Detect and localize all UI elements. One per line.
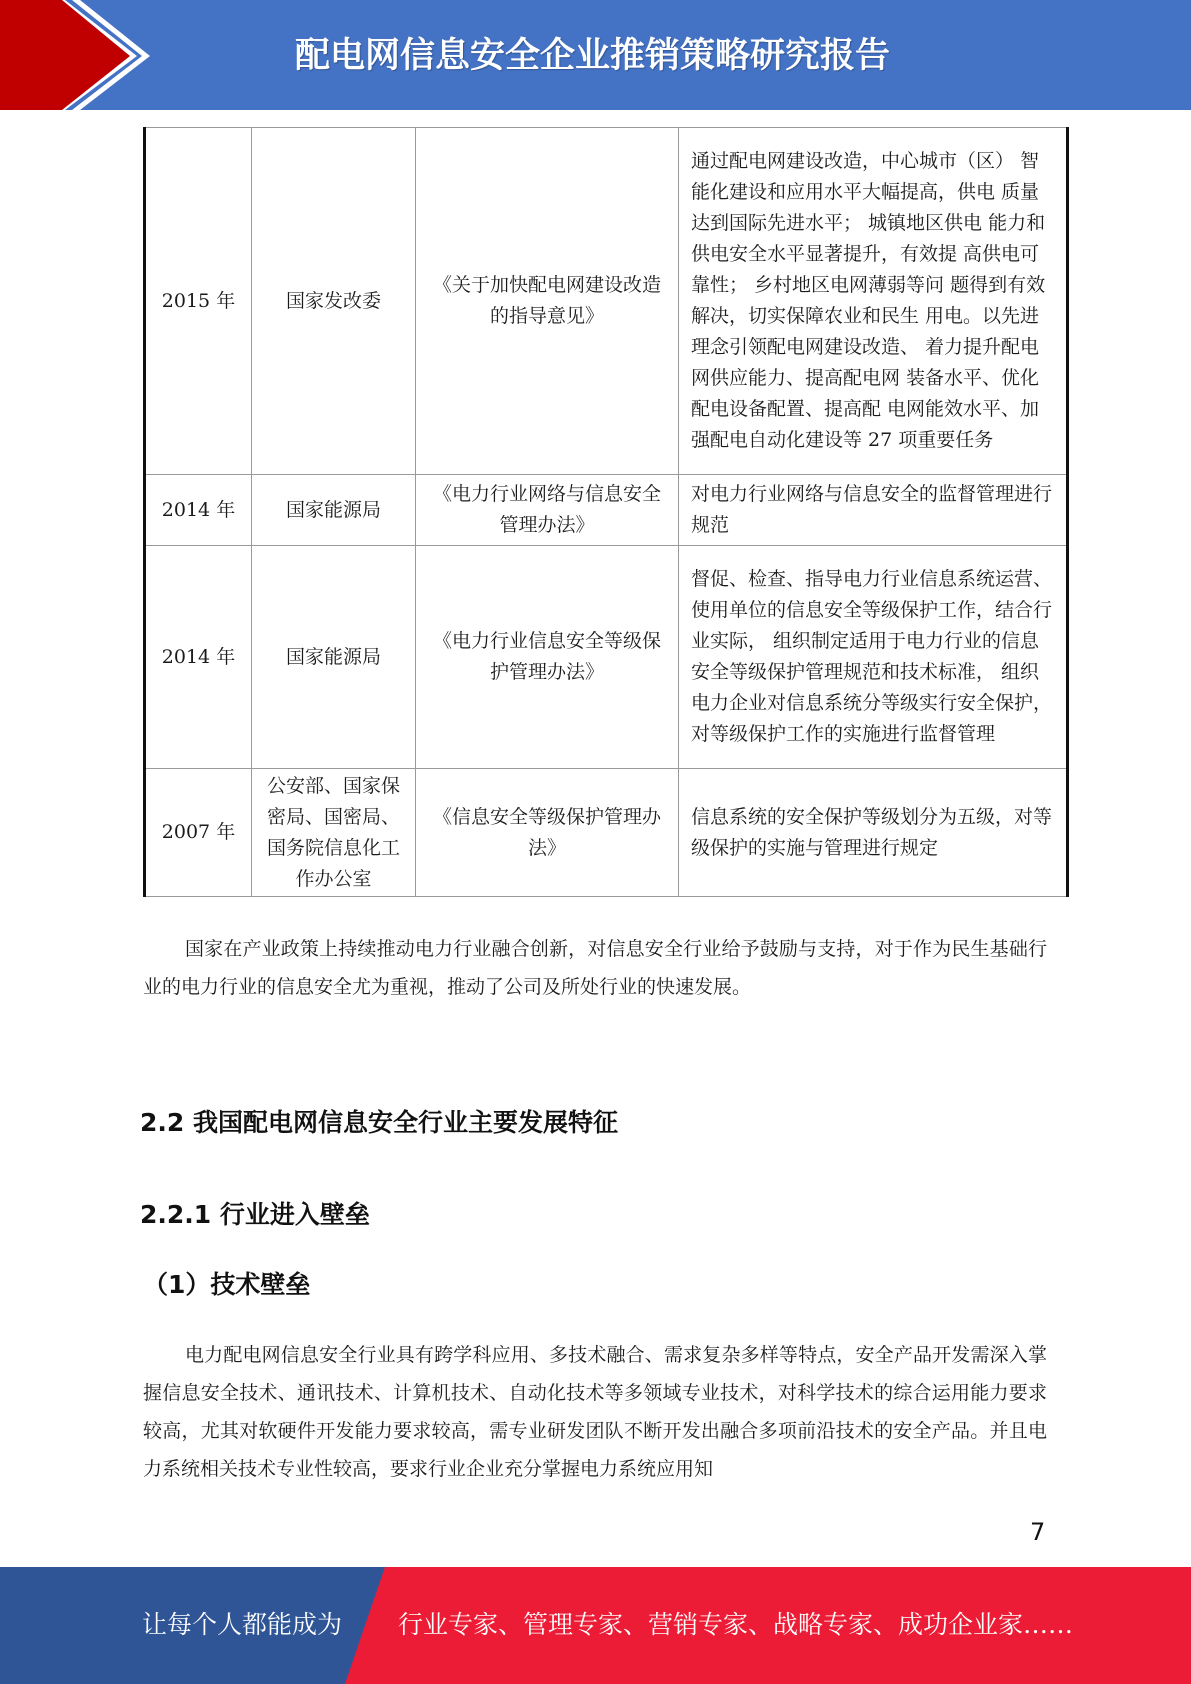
- issuer-cell: 国家能源局: [252, 546, 416, 769]
- section-heading: 2.2 我国配电网信息安全行业主要发展特征: [140, 1103, 618, 1139]
- body-paragraph: 国家在产业政策上持续推动电力行业融合创新，对信息安全行业给予鼓励与支持，对于作为…: [143, 930, 1047, 1006]
- table-row: 2007 年 公安部、国家保密局、国密局、国务院信息化工作办公室 《信息安全等级…: [145, 769, 1068, 897]
- page-number: 7: [1030, 1518, 1045, 1546]
- document-cell: 《电力行业网络与信息安全管理办法》: [416, 475, 679, 546]
- description-cell: 通过配电网建设改造，中心城市（区） 智能化建设和应用水平大幅提高，供电 质量达到…: [679, 128, 1068, 475]
- issuer-cell: 国家能源局: [252, 475, 416, 546]
- table-row: 2014 年 国家能源局 《电力行业网络与信息安全管理办法》 对电力行业网络与信…: [145, 475, 1068, 546]
- body-paragraph: 电力配电网信息安全行业具有跨学科应用、多技术融合、需求复杂多样等特点，安全产品开…: [143, 1336, 1047, 1488]
- description-cell: 对电力行业网络与信息安全的监督管理进行规范: [679, 475, 1068, 546]
- description-cell: 信息系统的安全保护等级划分为五级，对等级保护的实施与管理进行规定: [679, 769, 1068, 897]
- year-cell: 2007 年: [145, 769, 252, 897]
- footer-slogan-left: 让每个人都能成为: [142, 1605, 342, 1645]
- year-cell: 2014 年: [145, 475, 252, 546]
- footer-slogan-right: 行业专家、管理专家、营销专家、战略专家、成功企业家……: [398, 1605, 1073, 1645]
- issuer-cell: 国家发改委: [252, 128, 416, 475]
- table-row: 2015 年 国家发改委 《关于加快配电网建设改造的指导意见》 通过配电网建设改…: [145, 128, 1068, 475]
- document-cell: 《电力行业信息安全等级保护管理办法》: [416, 546, 679, 769]
- table-row: 2014 年 国家能源局 《电力行业信息安全等级保护管理办法》 督促、检查、指导…: [145, 546, 1068, 769]
- year-cell: 2014 年: [145, 546, 252, 769]
- subsubsection-heading: （1）技术壁垒: [143, 1265, 310, 1301]
- document-cell: 《关于加快配电网建设改造的指导意见》: [416, 128, 679, 475]
- year-cell: 2015 年: [145, 128, 252, 475]
- policy-table: 2015 年 国家发改委 《关于加快配电网建设改造的指导意见》 通过配电网建设改…: [143, 127, 1069, 897]
- report-title: 配电网信息安全企业推销策略研究报告: [295, 28, 890, 84]
- page-header: 配电网信息安全企业推销策略研究报告: [0, 0, 1191, 110]
- description-cell: 督促、检查、指导电力行业信息系统运营、使用单位的信息安全等级保护工作，结合行业实…: [679, 546, 1068, 769]
- page-footer: 让每个人都能成为 行业专家、管理专家、营销专家、战略专家、成功企业家……: [0, 1567, 1191, 1684]
- issuer-cell: 公安部、国家保密局、国密局、国务院信息化工作办公室: [252, 769, 416, 897]
- subsection-heading: 2.2.1 行业进入壁垒: [140, 1195, 370, 1231]
- document-cell: 《信息安全等级保护管理办法》: [416, 769, 679, 897]
